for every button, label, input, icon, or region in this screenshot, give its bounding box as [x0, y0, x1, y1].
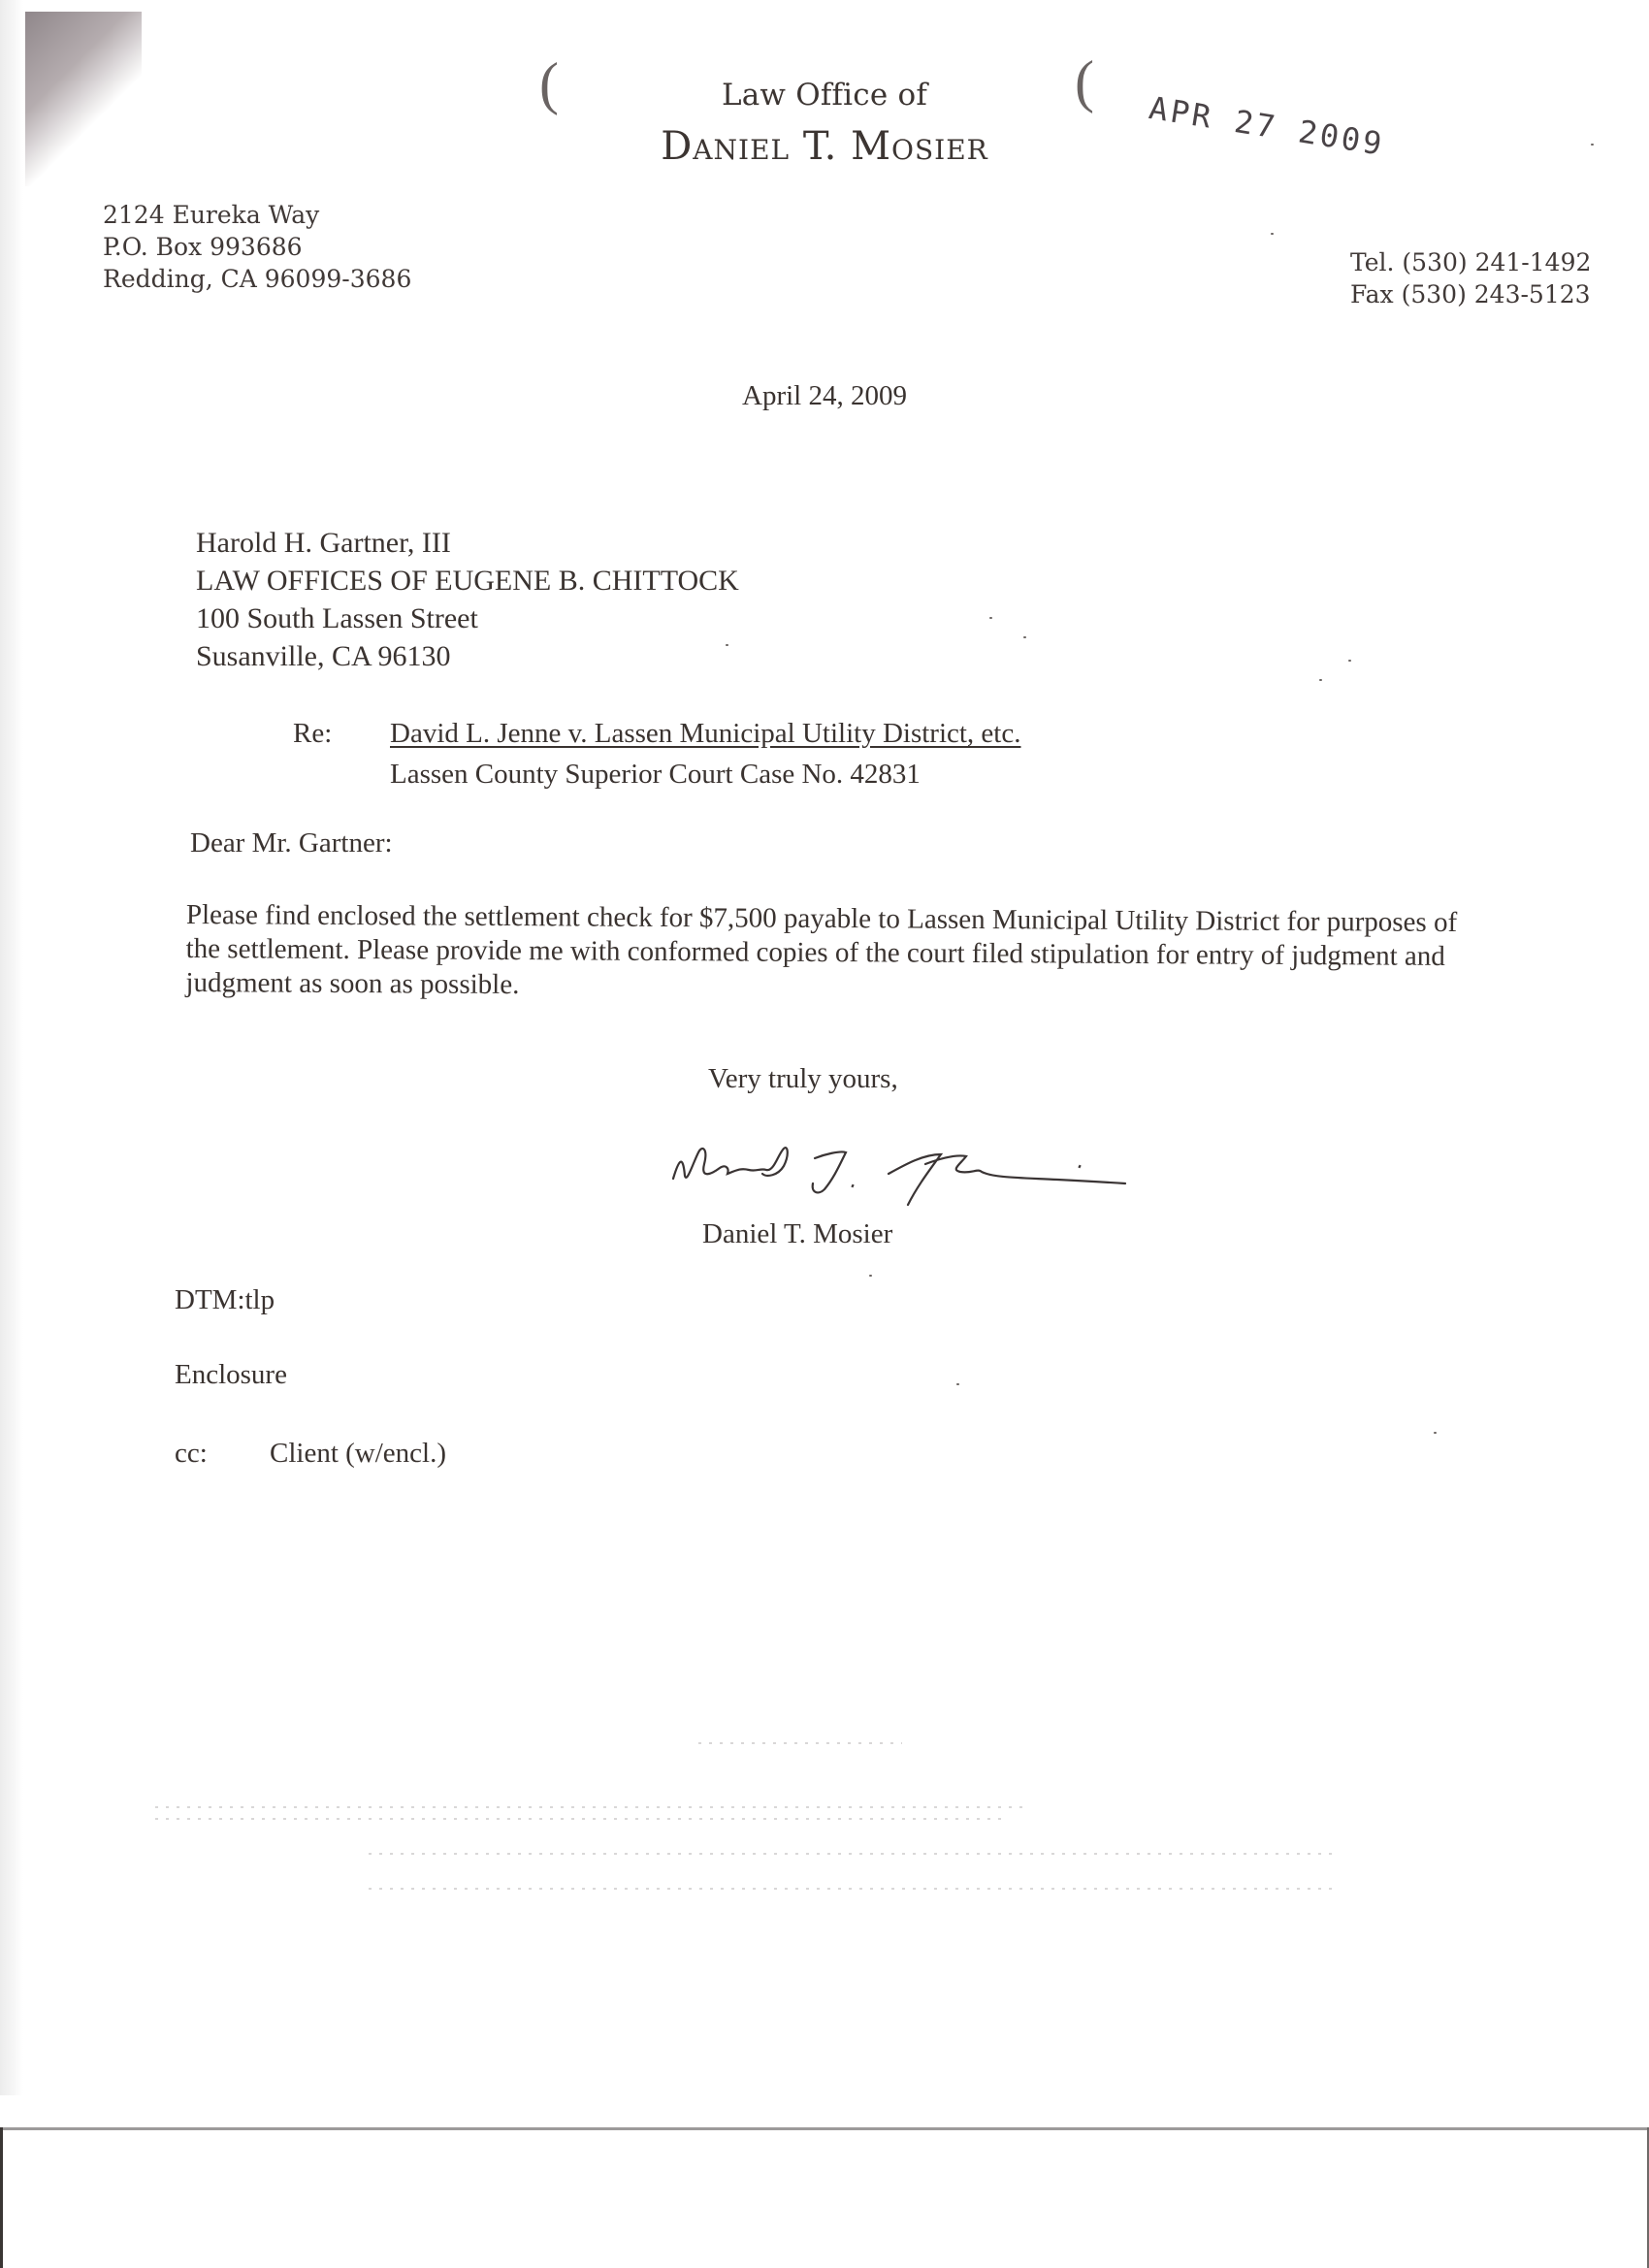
sender-address-line: Redding, CA 96099-3686: [103, 263, 411, 295]
scan-speck: [1434, 1432, 1437, 1434]
recipient-address-block: Harold H. Gartner, III LAW OFFICES OF EU…: [196, 524, 739, 675]
bleed-through-text: [369, 1888, 1339, 1890]
page-edge-left: [0, 2127, 3, 2268]
scan-speck: [989, 617, 992, 619]
bleed-through-text: [369, 1853, 1339, 1855]
sender-address-line: 2124 Eureka Way: [103, 199, 411, 231]
letter-date: April 24, 2009: [0, 380, 1649, 412]
scan-speck: [869, 1275, 872, 1277]
typist-initials: DTM:tlp: [175, 1284, 275, 1316]
re-case-title: David L. Jenne v. Lassen Municipal Utili…: [390, 718, 1020, 750]
letterhead-prefix: Law Office of: [0, 78, 1649, 113]
sender-address: 2124 Eureka Way P.O. Box 993686 Redding,…: [103, 199, 411, 295]
scan-speck: [726, 644, 728, 646]
cc-recipient: Client (w/encl.): [270, 1438, 446, 1470]
scan-speck: [1271, 233, 1274, 235]
bleed-through-text: [698, 1742, 902, 1744]
bleed-through-text: [155, 1806, 1028, 1808]
sender-address-line: P.O. Box 993686: [103, 231, 411, 263]
closing: Very truly yours,: [708, 1063, 898, 1095]
re-label: Re:: [293, 718, 332, 750]
page-bottom-edge: [0, 2127, 1649, 2130]
recipient-firm: LAW OFFICES OF EUGENE B. CHITTOCK: [196, 562, 739, 599]
bleed-through-text: [155, 1818, 1009, 1820]
scan-speck: [1348, 660, 1351, 662]
re-court-case: Lassen County Superior Court Case No. 42…: [390, 759, 921, 791]
scan-speck: [1319, 679, 1322, 681]
recipient-street: 100 South Lassen Street: [196, 599, 739, 637]
scan-speck: [956, 1383, 959, 1385]
scan-speck: [1591, 144, 1594, 146]
recipient-city: Susanville, CA 96130: [196, 637, 739, 675]
scan-left-edge: [0, 0, 23, 2095]
body-paragraph: Please find enclosed the settlement chec…: [185, 898, 1476, 1008]
salutation: Dear Mr. Gartner:: [190, 827, 393, 859]
enclosure-notation: Enclosure: [175, 1359, 287, 1391]
letterhead-firm-name: Daniel T. Mosier: [0, 124, 1649, 169]
sender-contact: Tel. (530) 241-1492 Fax (530) 243-5123: [1350, 246, 1591, 310]
cc-label: cc:: [175, 1438, 208, 1470]
sender-phone: Tel. (530) 241-1492: [1350, 246, 1591, 278]
scan-speck: [1023, 636, 1026, 638]
recipient-name: Harold H. Gartner, III: [196, 524, 739, 562]
signer-name: Daniel T. Mosier: [702, 1218, 892, 1250]
sender-fax: Fax (530) 243-5123: [1350, 278, 1591, 310]
handwritten-signature: [669, 1125, 1135, 1213]
